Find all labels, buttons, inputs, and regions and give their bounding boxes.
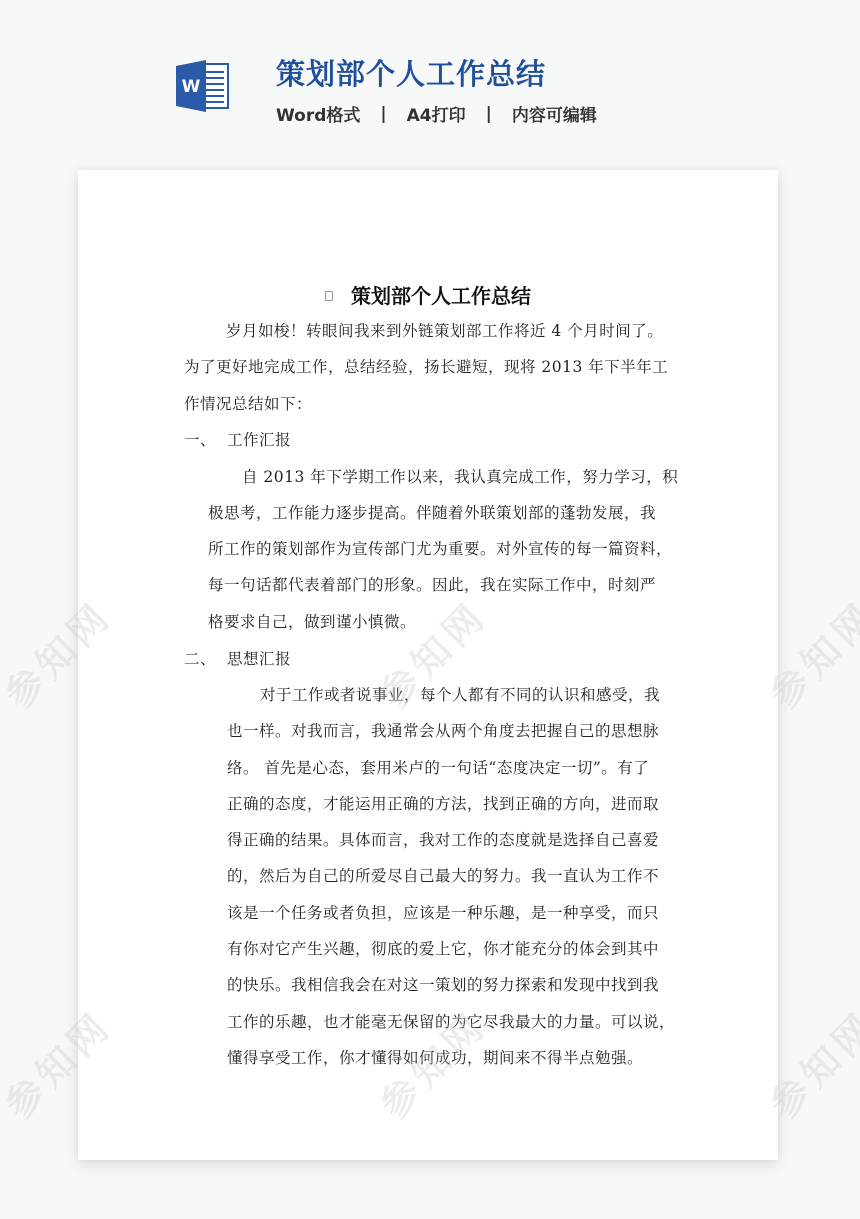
paragraph-line: 作情况总结如下： [184,392,312,414]
section-heading: 工作汇报 [227,428,291,450]
paragraph-line: 也一样。对我而言，我通常会从两个角度去把握自己的思想脉 [227,719,659,741]
section-marker: 一、 [184,428,216,450]
paragraph-line: 极思考，工作能力逐步提高。伴随着外联策划部的蓬勃发展，我 [208,501,656,523]
paragraph-line: 每一句话都代表着部门的形象。因此，我在实际工作中，时刻严 [208,573,656,595]
paragraph-line: 络。 首先是心态，套用米卢的一句话“态度决定一切”。有了 [227,756,649,778]
tag-separator: | [486,104,492,124]
section-heading: 思想汇报 [227,647,291,669]
paragraph-line: 的，然后为自己的所爱尽自己最大的努力。我一直认为工作不 [227,864,659,886]
tag-editable: 内容可编辑 [512,101,597,126]
document-title: 策划部个人工作总结 [78,280,778,309]
paragraph-line: 有你对它产生兴趣，彻底的爱上它，你才能充分的体会到其中 [227,937,659,959]
header-tags: Word格式 | A4打印 | 内容可编辑 [276,101,597,126]
anchor-icon [325,291,333,301]
preview-header: W 策划部个人工作总结 Word格式 | A4打印 | 内容可编辑 [0,0,860,170]
paragraph-line: 得正确的结果。具体而言，我对工作的态度就是选择自己喜爱 [227,828,659,850]
section-marker: 二、 [184,647,216,669]
tag-separator: | [380,104,386,124]
paragraph-line: 为了更好地完成工作，总结经验，扬长避短，现将 2013 年下半年工 [184,355,668,377]
paragraph-line: 对于工作或者说事业，每个人都有不同的认识和感受，我 [260,683,660,705]
svg-text:W: W [182,77,201,97]
document-title-text: 策划部个人工作总结 [351,284,531,308]
word-document-icon: W [174,58,230,114]
paragraph-line: 懂得享受工作，你才懂得如何成功，期间来不得半点勉强。 [227,1046,643,1068]
paragraph-line: 所工作的策划部作为宣传部门尤为重要。对外宣传的每一篇资料， [208,537,672,559]
paragraph-line: 工作的乐趣，也才能毫无保留的为它尽我最大的力量。可以说， [227,1010,675,1032]
paragraph-line: 自 2013 年下学期工作以来，我认真完成工作，努力学习，积 [242,465,678,487]
paragraph-line: 岁月如梭！转眼间我来到外链策划部工作将近 4 个月时间了。 [226,319,663,341]
paragraph-line: 该是一个任务或者负担，应该是一种乐趣，是一种享受，而只 [227,901,659,923]
paragraph-line: 的快乐。我相信我会在对这一策划的努力探索和发现中找到我 [227,973,659,995]
tag-print: A4打印 [407,101,466,126]
tag-format: Word格式 [276,101,360,126]
document-page: 策划部个人工作总结 岁月如梭！转眼间我来到外链策划部工作将近 4 个月时间了。 … [78,170,778,1160]
header-title: 策划部个人工作总结 [276,52,546,93]
paragraph-line: 正确的态度，才能运用正确的方法，找到正确的方向，进而取 [227,792,659,814]
paragraph-line: 格要求自己，做到谨小慎微。 [208,610,416,632]
